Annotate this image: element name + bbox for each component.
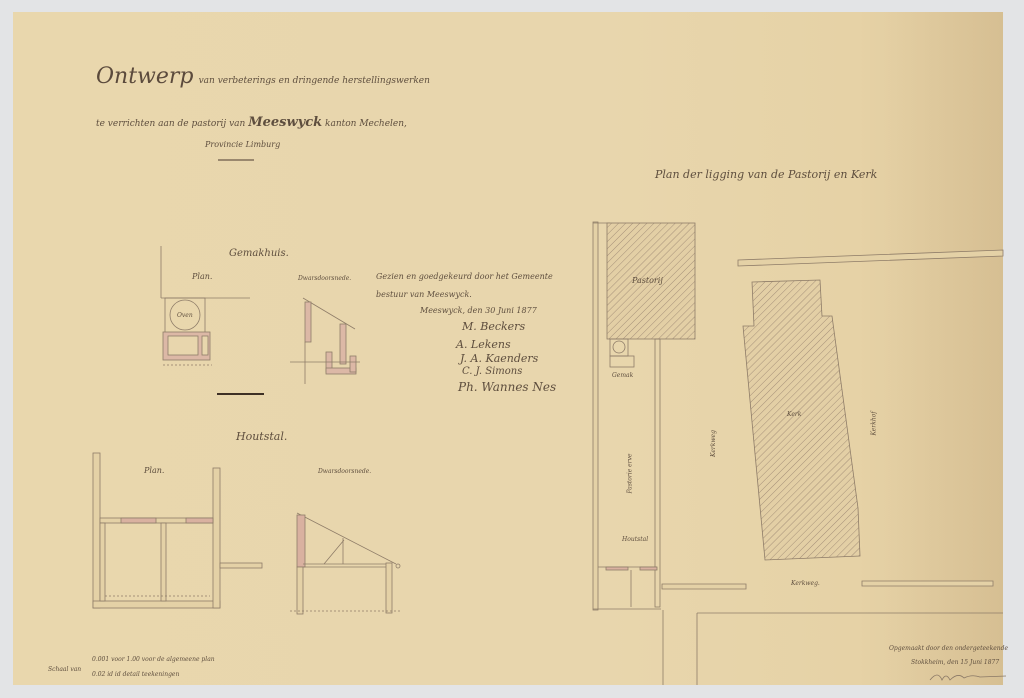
signature-2: A. Lekens <box>456 338 511 351</box>
kerkweg-horizontal-label: Kerkweg. <box>791 580 820 587</box>
scale-line1: 0.001 voor 1.00 voor de algemeene plan <box>92 656 215 663</box>
title-line2: te verrichten aan de pastorij van <box>96 119 245 129</box>
signature-4: C. J. Simons <box>462 366 522 377</box>
scale-label: Schaal van <box>48 666 81 673</box>
gemakhuis-title: Gemakhuis. <box>229 248 289 259</box>
gemakhuis-section <box>290 298 360 384</box>
houtstal-plan-label: Plan. <box>144 466 164 475</box>
gemak-label: Gemak <box>612 372 633 379</box>
signature-1: M. Beckers <box>462 320 525 333</box>
title-place: Meeswyck <box>248 115 322 130</box>
signature-3: J. A. Kaenders <box>460 352 538 365</box>
drawing-canvas <box>0 0 1024 698</box>
gemakhuis-plan <box>161 246 250 365</box>
title-line3: Provincie Limburg <box>205 140 280 149</box>
houtstal-site-label: Houtstal <box>622 536 648 543</box>
approval-date: Meeswyck, den 30 Juni 1877 <box>420 306 537 315</box>
kerkweg-vertical-label: Kerkweg <box>710 430 717 457</box>
signature-5: Ph. Wannes Nes <box>458 380 556 394</box>
gemakhuis-section-label: Dwarsdoorsnede. <box>298 275 351 282</box>
title-line2-rest: kanton Mechelen, <box>325 119 407 129</box>
title-block: Ontwerp van verbeterings en dringende he… <box>96 64 430 89</box>
kerk-label: Kerk <box>787 411 801 418</box>
kerk-building <box>743 280 860 560</box>
pastorie-erve-label: Pastorie erve <box>627 453 634 493</box>
houtstal-section-label: Dwarsdoorsnede. <box>318 468 371 475</box>
title-line2-block: te verrichten aan de pastorij van Meeswy… <box>96 115 407 130</box>
approval-line2: bestuur van Meeswyck. <box>376 290 472 299</box>
author-line2: Stokkheim, den 15 Juni 1877 <box>911 659 999 666</box>
pastorij-label: Pastorij <box>632 276 663 285</box>
houtstal-plan <box>93 453 262 608</box>
author-signature-icon <box>928 668 1008 684</box>
author-line1: Opgemaakt door den ondergeteekende <box>889 645 1008 652</box>
title-initial: Ontwerp <box>96 64 194 89</box>
site-plan-title: Plan der ligging van de Pastorij en Kerk <box>655 168 877 181</box>
kerkhof-label: Kerkhof <box>871 411 878 435</box>
gemakhuis-plan-label: Plan. <box>192 272 212 281</box>
title-line1: van verbeterings en dringende herstellin… <box>199 76 430 86</box>
houtstal-section <box>290 513 400 614</box>
houtstal-title: Houtstal. <box>236 430 287 443</box>
oven-label: Oven <box>177 312 193 319</box>
scale-line2: 0.02 id id detail teekeningen <box>92 671 179 678</box>
site-plan <box>593 222 1003 685</box>
approval-line1: Gezien en goedgekeurd door het Gemeente <box>376 272 553 281</box>
